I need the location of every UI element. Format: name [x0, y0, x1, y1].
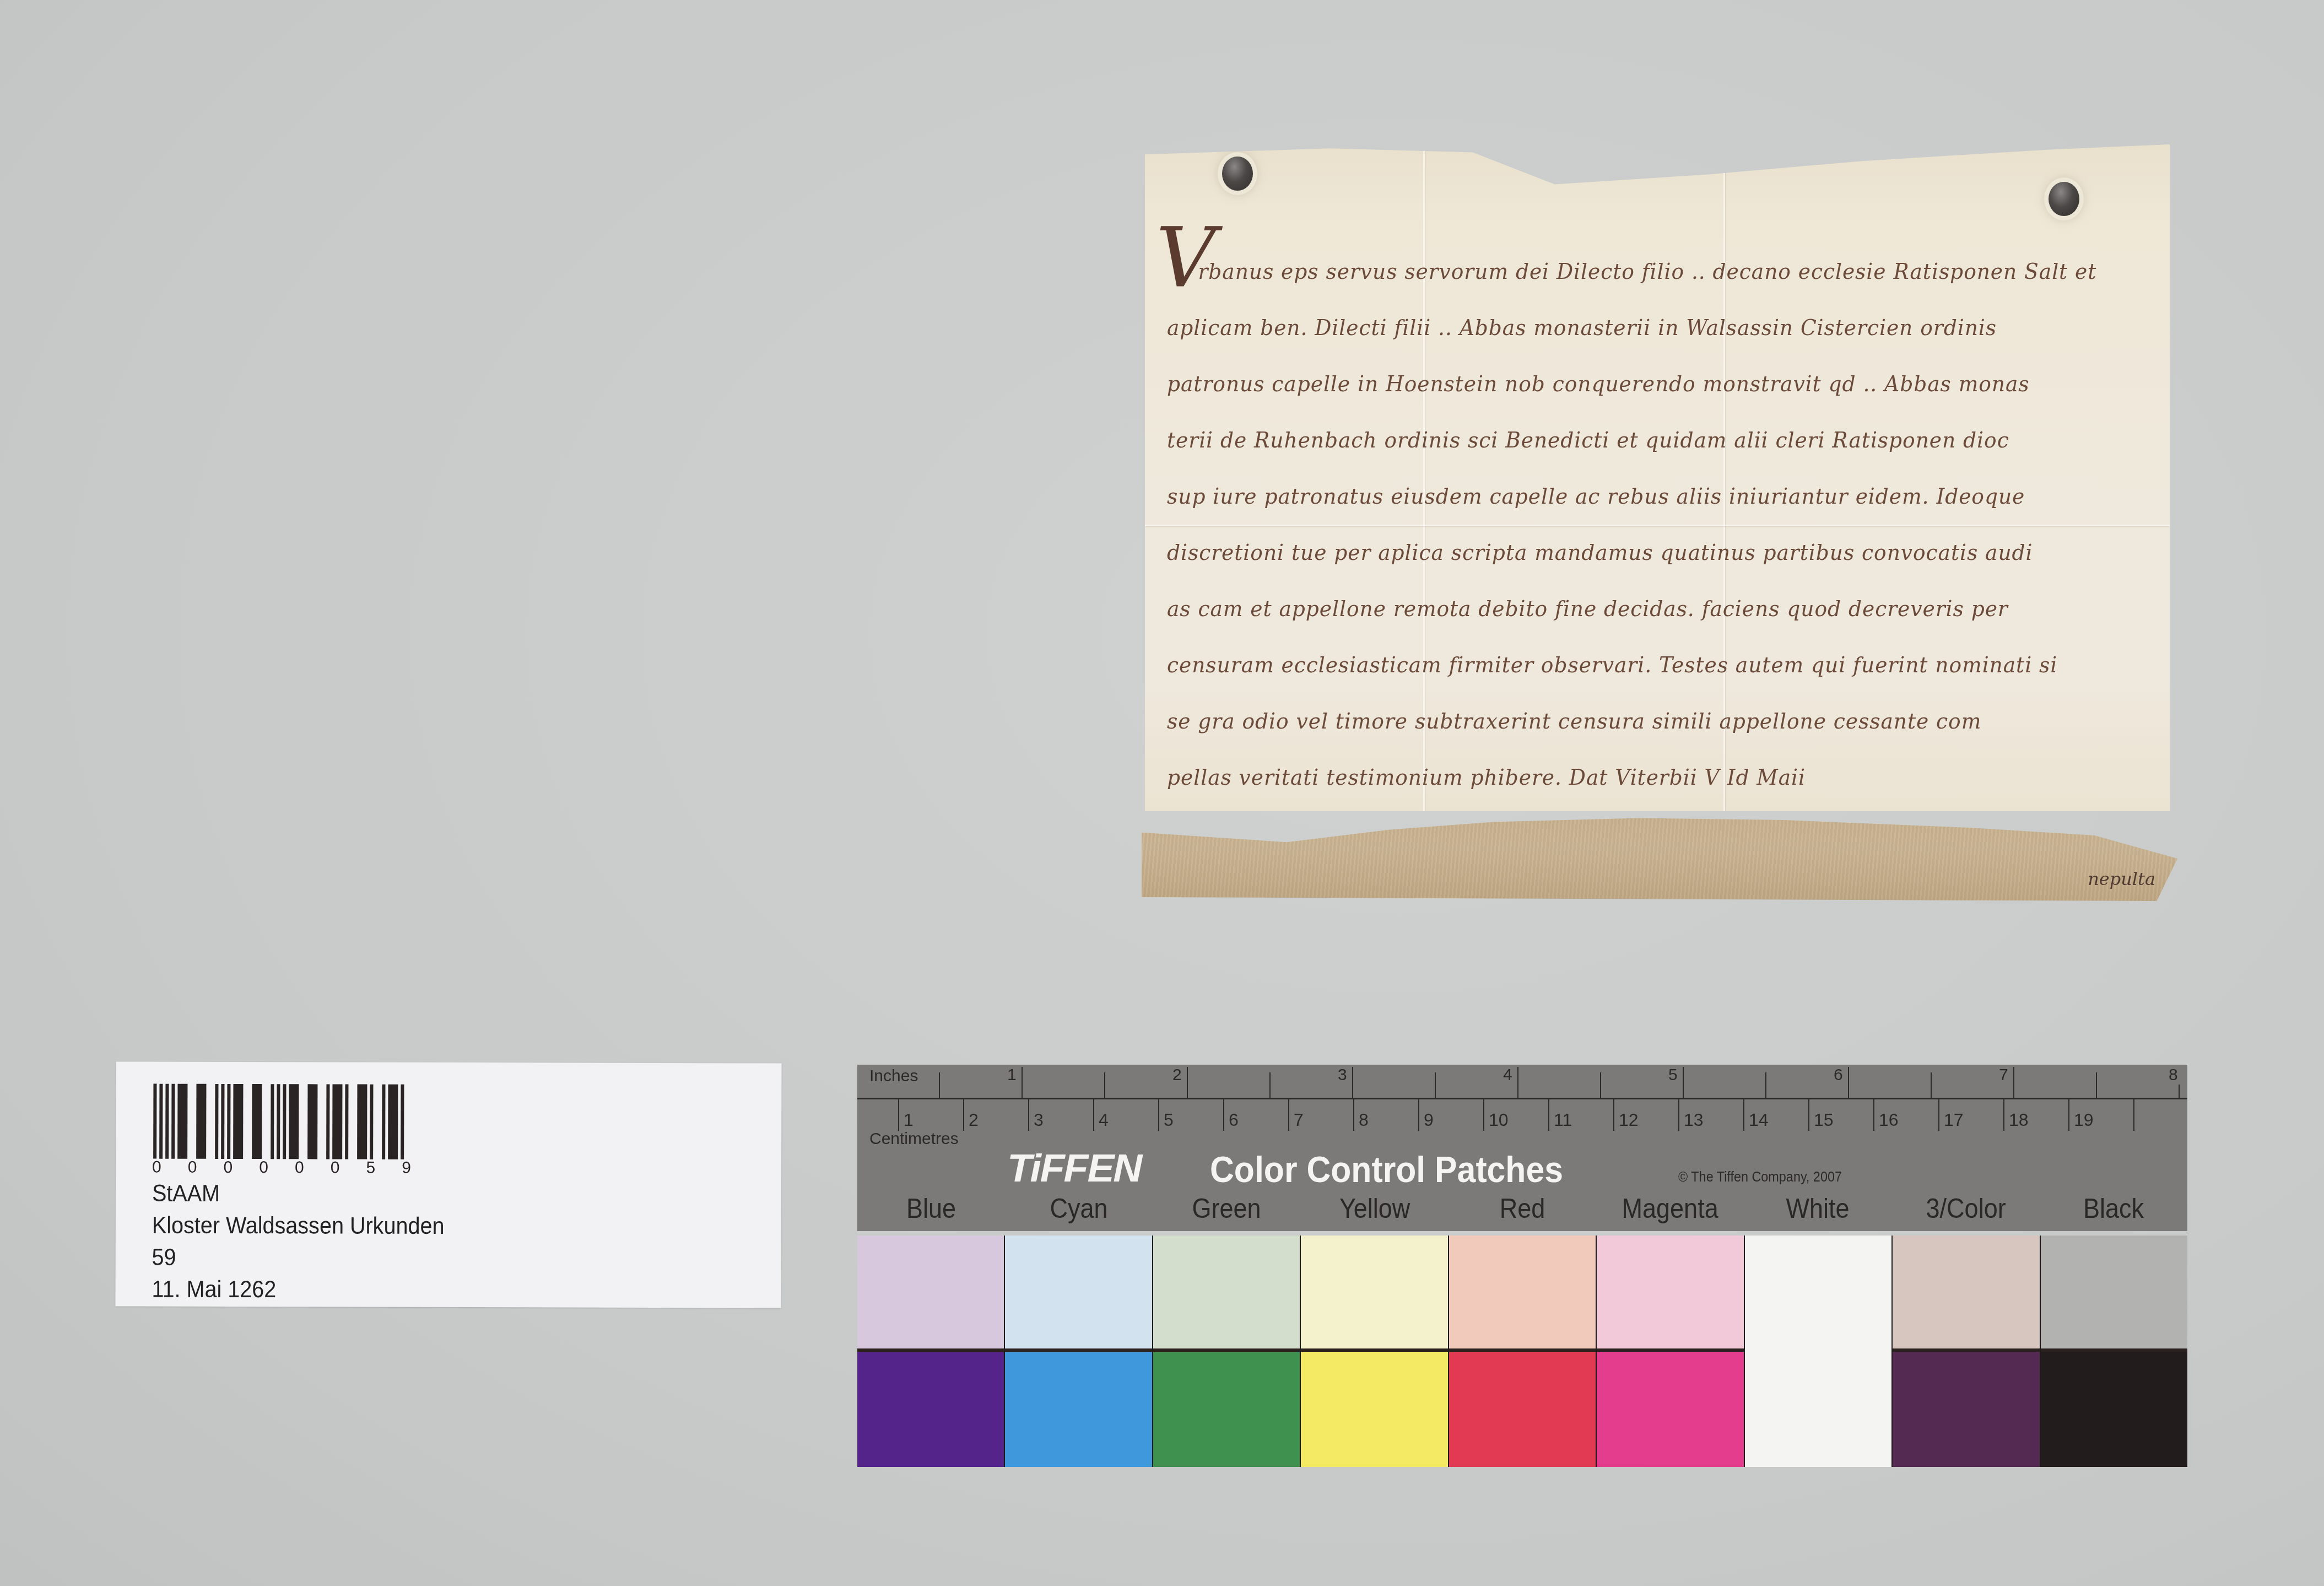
- parchment-sheet: V rbanus eps servus servorum dei Dilecto…: [1145, 144, 2170, 811]
- text-line: terii de Ruhenbach ordinis sci Benedicti…: [1167, 412, 2089, 468]
- solid-patch-white: [1745, 1348, 1891, 1467]
- patch-column-green: [1153, 1236, 1301, 1467]
- color-patches: [857, 1236, 2187, 1467]
- inch-mark: 5: [1668, 1066, 1678, 1085]
- barcode-digit: 0: [295, 1158, 304, 1177]
- patch-column-cyan: [1005, 1236, 1153, 1467]
- text-line: se gra odio vel timore subtraxerint cens…: [1167, 693, 2089, 749]
- endorsement-note: nepulta: [2088, 868, 2155, 889]
- solid-patch-red: [1449, 1348, 1596, 1467]
- solid-patch-blue: [857, 1348, 1004, 1467]
- cm-mark: 19: [2074, 1110, 2094, 1130]
- tint-patch-white: [1745, 1236, 1891, 1348]
- patch-column-black: [2041, 1236, 2187, 1467]
- cm-mark: 1: [904, 1110, 914, 1130]
- inch-mark: 8: [2169, 1066, 2178, 1085]
- cm-mark: 11: [1554, 1110, 1572, 1130]
- color-control-card: Inches Centimetres 1 2 3 4 5 6 7 8: [857, 1065, 2187, 1467]
- barcode: [153, 1084, 407, 1159]
- archive-name: StAAM: [152, 1178, 445, 1210]
- cm-mark: 14: [1749, 1110, 1769, 1130]
- patch-label-black: Black: [2047, 1193, 2180, 1224]
- inch-mark: 3: [1338, 1066, 1347, 1085]
- copyright-text: © The Tiffen Company, 2007: [1678, 1168, 1842, 1185]
- text-line: discretioni tue per aplica scripta manda…: [1167, 525, 2089, 581]
- text-line: patronus capelle in Hoenstein nob conque…: [1167, 356, 2089, 412]
- centimetres-label: Centimetres: [869, 1130, 959, 1148]
- cm-mark: 13: [1684, 1110, 1704, 1130]
- cm-mark: 18: [2009, 1110, 2029, 1130]
- tint-patch-blue: [857, 1236, 1004, 1348]
- text-line: as cam et appellone remota debito fine d…: [1167, 581, 2089, 637]
- patch-column-blue: [857, 1236, 1005, 1467]
- tint-patch-yellow: [1301, 1236, 1447, 1348]
- patch-column-red: [1449, 1236, 1597, 1467]
- tiffen-logo: TiFFEN: [1007, 1146, 1141, 1190]
- patch-column-magenta: [1597, 1236, 1744, 1467]
- inch-mark: 2: [1172, 1066, 1182, 1085]
- cm-mark: 9: [1424, 1110, 1434, 1130]
- mounting-pin-icon: [2049, 182, 2079, 216]
- ruler-baseline: [857, 1098, 2187, 1099]
- cm-mark: 12: [1619, 1110, 1639, 1130]
- barcode-digit: 0: [152, 1158, 161, 1177]
- text-line: censuram ecclesiasticam firmiter observa…: [1167, 637, 2089, 693]
- cm-mark: 17: [1944, 1110, 1964, 1130]
- solid-patch-magenta: [1597, 1348, 1743, 1467]
- patch-column-3color: [1893, 1236, 2040, 1467]
- patch-labels: Blue Cyan Green Yellow Red Magenta White…: [857, 1193, 2187, 1224]
- cm-mark: 7: [1294, 1110, 1304, 1130]
- tint-patch-black: [2041, 1236, 2187, 1348]
- cm-mark: 6: [1229, 1110, 1239, 1130]
- patch-label-3color: 3/Color: [1899, 1193, 2032, 1224]
- inches-label: Inches: [869, 1067, 918, 1086]
- solid-patch-yellow: [1301, 1348, 1447, 1467]
- document-date: 11. Mai 1262: [152, 1274, 444, 1306]
- cm-mark: 4: [1099, 1110, 1109, 1130]
- ruler: Inches Centimetres 1 2 3 4 5 6 7 8: [857, 1065, 2187, 1231]
- text-line: pellas veritati testimonium phibere. Dat…: [1167, 749, 2089, 806]
- barcode-digit: 0: [331, 1158, 340, 1177]
- barcode-number: 0 0 0 0 0 0 5 9: [152, 1158, 411, 1178]
- patch-label-white: White: [1752, 1193, 1884, 1224]
- patch-label-cyan: Cyan: [1013, 1193, 1145, 1224]
- barcode-digit: 0: [188, 1158, 197, 1177]
- text-line: sup iure patronatus eiusdem capelle ac r…: [1167, 468, 2089, 525]
- text-line: aplicam ben. Dilecti filii .. Abbas mona…: [1167, 300, 2089, 356]
- barcode-digit: 0: [224, 1158, 233, 1177]
- document-number: 59: [152, 1242, 445, 1274]
- cm-mark: 2: [969, 1110, 979, 1130]
- inch-mark: 6: [1834, 1066, 1843, 1085]
- mounting-pin-icon: [1222, 157, 1253, 191]
- tint-patch-magenta: [1597, 1236, 1743, 1348]
- cm-mark: 15: [1814, 1110, 1834, 1130]
- solid-patch-cyan: [1005, 1348, 1152, 1467]
- inch-mark: 1: [1007, 1066, 1017, 1085]
- solid-patch-black: [2041, 1348, 2187, 1467]
- patch-column-yellow: [1301, 1236, 1449, 1467]
- charter-text: rbanus eps servus servorum dei Dilecto f…: [1167, 244, 2148, 862]
- barcode-digit: 0: [259, 1158, 268, 1177]
- cm-mark: 16: [1879, 1110, 1899, 1130]
- inch-mark: 7: [1999, 1066, 2008, 1085]
- label-text: StAAM Kloster Waldsassen Urkunden 59 11.…: [152, 1178, 444, 1306]
- patch-label-green: Green: [1160, 1193, 1293, 1224]
- cm-mark: 10: [1489, 1110, 1509, 1130]
- cm-mark: 8: [1359, 1110, 1369, 1130]
- card-title: Color Control Patches: [1210, 1148, 1563, 1190]
- tint-patch-3color: [1893, 1236, 2039, 1348]
- patch-label-blue: Blue: [864, 1193, 997, 1224]
- barcode-digit: 9: [402, 1159, 411, 1178]
- charter-document: V rbanus eps servus servorum dei Dilecto…: [1145, 144, 2170, 899]
- solid-patch-3color: [1893, 1348, 2039, 1467]
- archive-label: 0 0 0 0 0 0 5 9 StAAM Kloster Waldsassen…: [115, 1061, 781, 1308]
- cm-mark: 5: [1164, 1110, 1174, 1130]
- text-line: rbanus eps servus servorum dei Dilecto f…: [1167, 244, 2089, 300]
- patch-label-yellow: Yellow: [1308, 1193, 1441, 1224]
- collection-name: Kloster Waldsassen Urkunden: [152, 1210, 445, 1242]
- patch-column-white: [1745, 1236, 1893, 1467]
- inch-mark: 4: [1503, 1066, 1512, 1085]
- patch-label-magenta: Magenta: [1604, 1193, 1737, 1224]
- barcode-digit: 5: [366, 1159, 376, 1178]
- patch-label-red: Red: [1456, 1193, 1588, 1224]
- solid-patch-green: [1153, 1348, 1300, 1467]
- plica-fold: nepulta: [1142, 808, 2177, 905]
- tint-patch-red: [1449, 1236, 1596, 1348]
- cm-mark: 3: [1034, 1110, 1044, 1130]
- tint-patch-green: [1153, 1236, 1300, 1348]
- tint-patch-cyan: [1005, 1236, 1152, 1348]
